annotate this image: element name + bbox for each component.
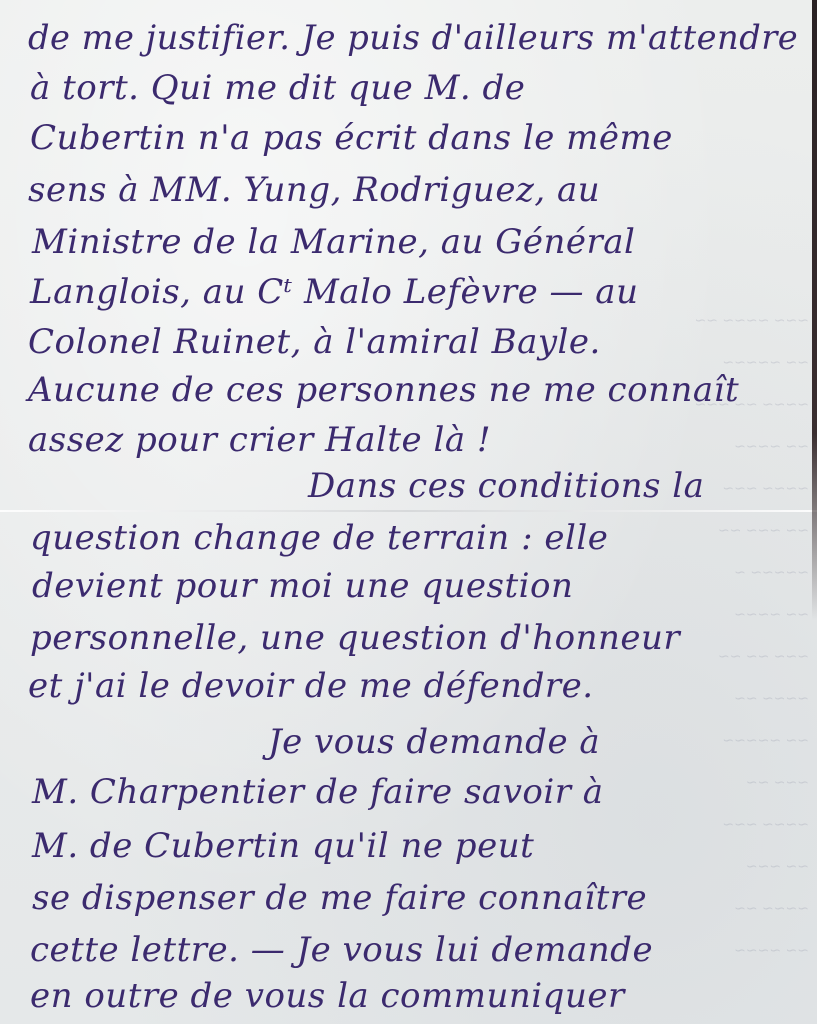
letter-line: de me justifier. Je puis d'ailleurs m'at… (28, 18, 798, 58)
letter-line: et j'ai le devoir de me défendre. (28, 666, 594, 706)
letter-line-indented: Je vous demande à (268, 722, 600, 762)
letter-line: M. de Cubertin qu'il ne peut (32, 826, 534, 866)
page-edge-shadow (812, 0, 817, 620)
letter-page: ~~~ ~~~~ ~~~~ ~~~~~~~~~ ~~ ~~~~~ ~~~~ ~~… (0, 0, 817, 1024)
letter-line: Colonel Ruinet, à l'amiral Bayle. (28, 322, 601, 362)
letter-line: assez pour crier Halte là ! (28, 420, 491, 460)
letter-line: Cubertin n'a pas écrit dans le même (30, 118, 673, 158)
letter-line: personnelle, une question d'honneur (30, 618, 680, 658)
letter-line: se dispenser de me faire connaître (32, 878, 647, 918)
letter-line: devient pour moi une question (32, 566, 573, 606)
letter-line: Ministre de la Marine, au Général (32, 222, 635, 262)
letter-line: Langlois, au Cᵗ Malo Lefèvre — au (30, 272, 638, 312)
letter-line: à tort. Qui me dit que M. de (30, 68, 525, 108)
letter-line: sens à MM. Yung, Rodriguez, au (28, 170, 600, 210)
letter-line-indented: Dans ces conditions la (308, 466, 704, 506)
letter-line: cette lettre. — Je vous lui demande (30, 930, 653, 970)
letter-line: M. Charpentier de faire savoir à (32, 772, 604, 812)
letter-line: question change de terrain : elle (30, 518, 608, 558)
letter-line: Aucune de ces personnes ne me connaît (28, 370, 739, 410)
letter-line: en outre de vous la communiquer (30, 976, 625, 1016)
